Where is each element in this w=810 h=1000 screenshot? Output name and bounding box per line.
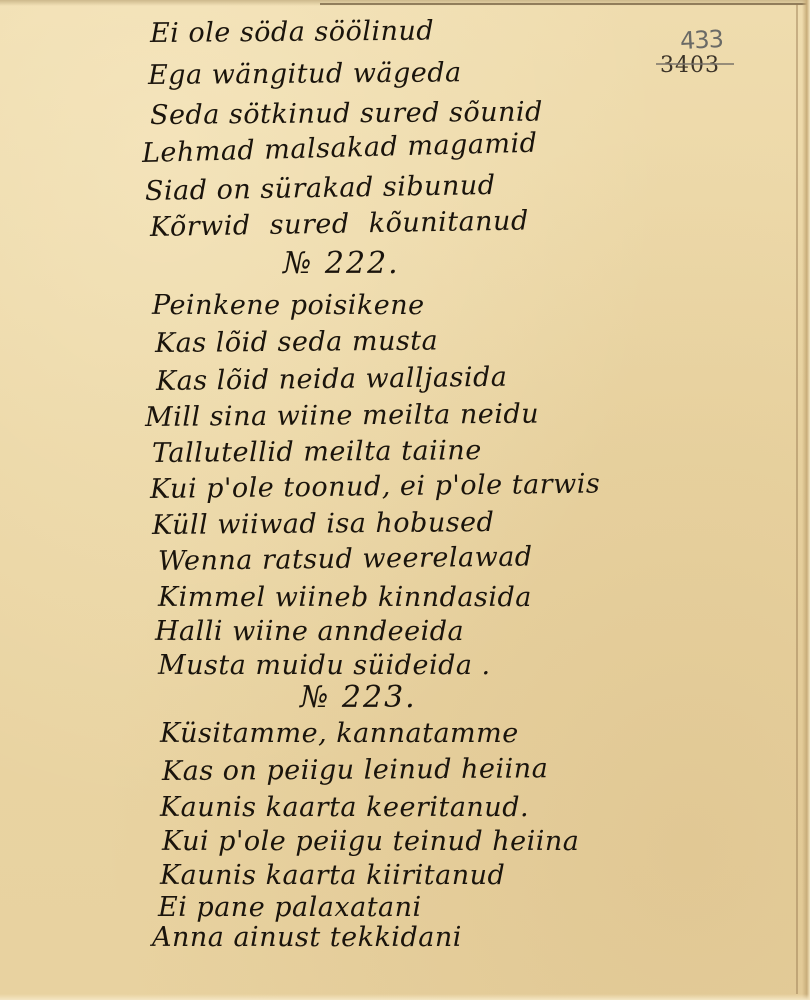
verse-line: Ei ole söda söölinud	[150, 16, 434, 49]
verse-line: Wenna ratsud weerelawad	[158, 541, 533, 577]
verse-line: Siad on sürakad sibunud	[145, 170, 496, 207]
verse-line: Küll wiiwad isa hobused	[152, 507, 495, 541]
section-heading: № 223.	[300, 680, 417, 715]
verse-line: Seda sötkinud sured sõunid	[150, 97, 543, 131]
manuscript-text: Ei ole söda söölinud Ega wängitud wägeda…	[0, 0, 810, 1000]
verse-line: Peinkene poisikene	[152, 290, 425, 321]
verse-line: Küsitamme, kannatamme	[160, 718, 519, 749]
verse-line: Kas lõid neida walljasida	[156, 362, 508, 397]
verse-line: Kaunis kaarta kiiritanud	[160, 860, 505, 891]
verse-line: Tallutellid meilta taiine	[152, 435, 482, 469]
verse-line: Kui p'ole toonud, ei p'ole tarwis	[150, 469, 601, 505]
manuscript-page: 433 3403 Ei ole söda söölinud Ega wängit…	[0, 0, 810, 1000]
verse-line: Mill sina wiine meilta neidu	[145, 399, 539, 433]
section-heading: № 222.	[283, 246, 400, 281]
verse-line: Anna ainust tekkidani	[152, 922, 462, 953]
verse-line: Ega wängitud wägeda	[148, 57, 462, 91]
verse-line: Musta muidu süideida .	[158, 650, 491, 681]
verse-line: Kas lõid seda musta	[155, 326, 438, 359]
verse-line: Kimmel wiineb kinndasida	[158, 582, 532, 613]
verse-line: Lehmad malsakad magamid	[142, 128, 538, 169]
verse-line: Kaunis kaarta keeritanud.	[160, 792, 529, 823]
verse-line: Kui p'ole peiigu teinud heiina	[162, 826, 579, 857]
verse-line: Kas on peiigu leinud heiina	[162, 753, 548, 787]
verse-line: Kõrwid sured kõunitanud	[150, 205, 529, 243]
verse-line: Halli wiine anndeeida	[155, 616, 464, 647]
verse-line: Ei pane palaxatani	[158, 892, 422, 923]
